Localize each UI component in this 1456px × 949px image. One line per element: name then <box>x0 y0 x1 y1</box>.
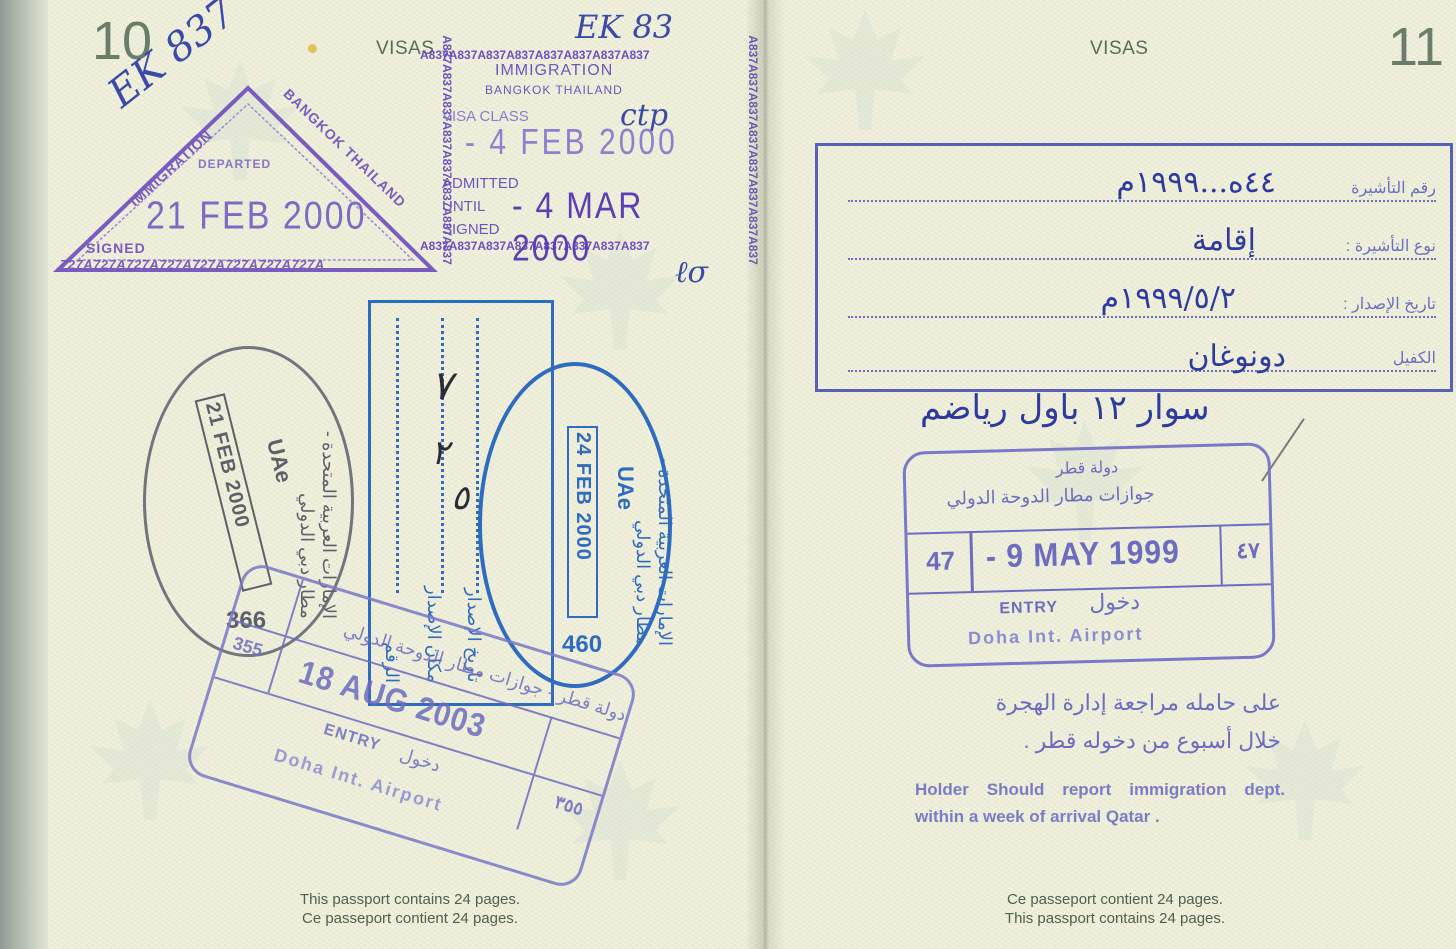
stamp-border-code: A837A837A837A837A837A837A837A837 <box>420 48 650 62</box>
signed-label: SIGNED <box>86 240 146 256</box>
handwritten-note: سوار ١٢ باول رياضم <box>920 388 1210 428</box>
bangkok-arrival-stamp: A837A837A837A837A837A837A837A837 A837A83… <box>420 48 725 253</box>
field-value: ٤٤ه...١٩٩٩م <box>1116 165 1276 200</box>
visa-field-row: نوع التأشيرة : إقامة <box>848 214 1436 260</box>
footer-french: Ce passeport contient 24 pages. <box>255 909 565 928</box>
doha-entry-stamp-1999: دولة قطر جوازات مطار الدوحة الدولي 47 - … <box>902 442 1276 668</box>
entry-label-arabic: دخول <box>1089 589 1140 616</box>
stamp-border-code: 727A727A727A727A727A727A727A727A <box>60 257 325 272</box>
footer-french: Ce passeport contient 24 pages. <box>955 890 1275 909</box>
page-number: 11 <box>1388 16 1444 78</box>
stamp-number: 355 <box>230 633 265 662</box>
stamp-arabic-text: الإمارات العربية المتحدة - مطار دبي الدو… <box>632 416 676 646</box>
handwritten-value: ٢ <box>431 433 449 473</box>
field-value: دونوغان <box>1187 339 1286 374</box>
stamp-date: 21 FEB 2000 <box>195 393 273 592</box>
footer-english: This passport contains 24 pages. <box>955 909 1275 928</box>
until-label: UNTIL <box>442 198 485 215</box>
field-value: إقامة <box>1192 223 1256 258</box>
stamp-number-arabic: ٣٥٥ <box>552 792 586 821</box>
visa-field-row: الكفيل دونوغان <box>848 326 1436 372</box>
field-label: رقم التأشيرة <box>1351 178 1436 198</box>
stamp-date: 21 FEB 2000 <box>146 194 366 239</box>
country-code: UAe <box>261 437 297 486</box>
entry-label: ENTRY <box>999 599 1058 619</box>
passport-spread: 10 VISAS EK 837 DEPARTED 21 FEB 2000 SIG… <box>0 0 1456 949</box>
handwritten-value: ٧ <box>431 363 452 409</box>
field-value: ١٩٩٩/٥/٢م <box>1101 281 1236 316</box>
admitted-label: ADMITTED <box>442 175 519 192</box>
left-page: 10 VISAS EK 837 DEPARTED 21 FEB 2000 SIG… <box>0 0 765 949</box>
stamp-date: 24 FEB 2000 <box>567 426 598 618</box>
stamp-subtitle: BANGKOK THAILAND <box>485 83 623 97</box>
stamp-number: 47 <box>926 546 956 578</box>
footer-english: This passport contains 24 pages. <box>255 890 565 909</box>
handwritten-signature: ℓσ <box>675 255 708 290</box>
notice-arabic-line-1: على حامله مراجعة إدارة الهجرة <box>996 690 1281 716</box>
page-heading: VISAS <box>1090 38 1148 60</box>
page-edge <box>0 0 48 949</box>
stamp-date: - 9 MAY 1999 <box>986 534 1181 576</box>
stamp-title: IMMIGRATION <box>495 62 613 80</box>
security-dot <box>308 44 317 53</box>
stamp-arabic-header: دولة قطر <box>1055 457 1118 479</box>
stamp-date: - 4 FEB 2000 <box>465 123 678 164</box>
field-label: تاريخ الإصدار : <box>1343 294 1436 314</box>
stamp-arabic-subheader: جوازات مطار الدوحة الدولي <box>946 483 1155 509</box>
handwritten-note: EK 83 <box>575 8 673 46</box>
notice-arabic-line-2: خلال أسبوع من دخوله قطر . <box>1023 728 1281 754</box>
page-footer: This passport contains 24 pages. Ce pass… <box>255 890 565 928</box>
notice-english: Holder Should report immigration dept. w… <box>915 776 1285 830</box>
maple-leaf-watermark <box>805 10 925 130</box>
signed-label: SIGNED <box>442 221 500 238</box>
departed-label: DEPARTED <box>198 157 271 171</box>
dotted-line <box>396 318 399 593</box>
stamp-number-arabic: ٤٧ <box>1236 538 1260 565</box>
entry-label-arabic: دخول <box>397 744 443 776</box>
visa-field-row: تاريخ الإصدار : ١٩٩٩/٥/٢م <box>848 272 1436 318</box>
stamp-number: 460 <box>562 631 602 659</box>
bangkok-departure-stamp: DEPARTED 21 FEB 2000 SIGNED IMMIGRATION … <box>48 80 440 275</box>
handwritten-value: ٥ <box>451 478 469 518</box>
airport-name: Doha Int. Airport <box>968 624 1144 650</box>
page-footer: Ce passeport contient 24 pages. This pas… <box>955 890 1275 928</box>
field-label: نوع التأشيرة : <box>1346 236 1436 256</box>
field-label: الكفيل <box>1393 348 1436 368</box>
book-spine <box>745 0 785 949</box>
qatar-visa-box-stamp: رقم التأشيرة ٤٤ه...١٩٩٩م نوع التأشيرة : … <box>815 143 1453 392</box>
visa-field-row: رقم التأشيرة ٤٤ه...١٩٩٩م <box>848 156 1436 202</box>
